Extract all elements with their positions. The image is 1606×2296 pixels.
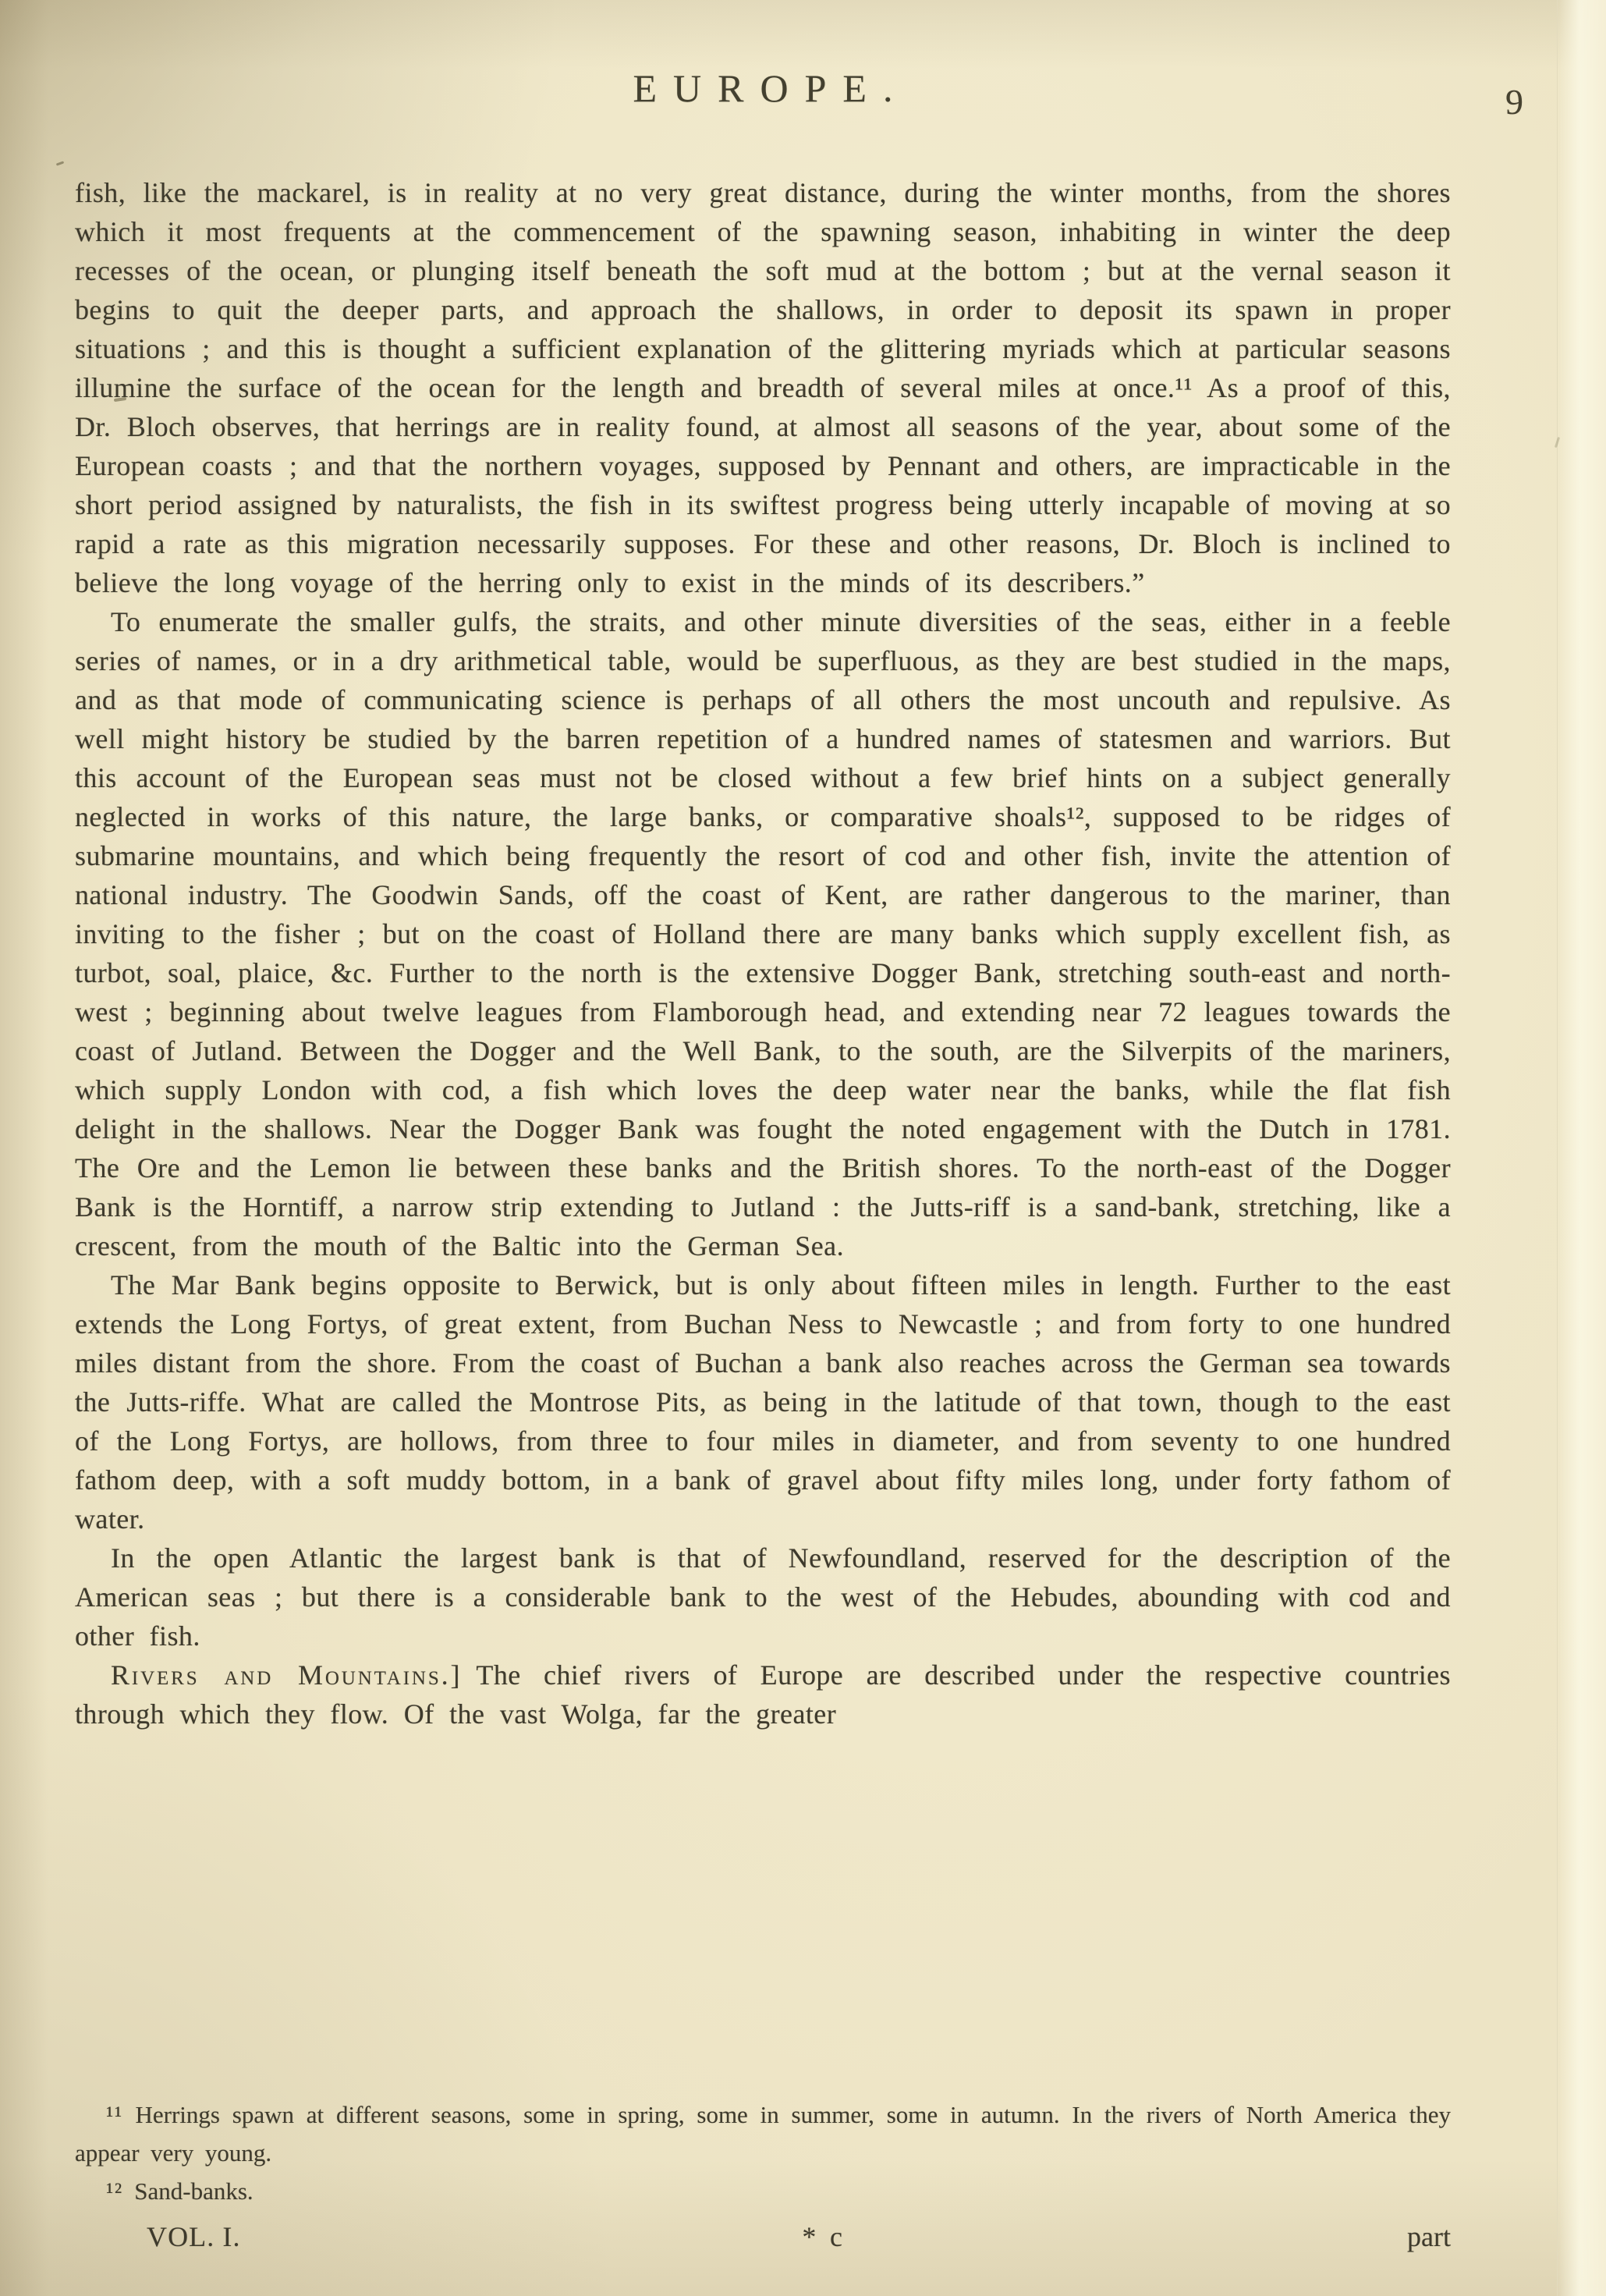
catchword: part (1407, 2220, 1451, 2253)
paragraph-text: In the open Atlantic the largest bank is… (75, 1542, 1451, 1652)
running-head-title: EUROPE. (75, 66, 1451, 111)
body-paragraph: fish, like the mackarel, is in reality a… (75, 173, 1451, 602)
body-paragraph: To enumerate the smaller gulfs, the stra… (75, 602, 1451, 1265)
book-page: EUROPE. 9 fish, like the mackarel, is in… (0, 0, 1606, 2296)
body-paragraph-rivers-and-mountains: Rivers and Mountains.]The chief rivers o… (75, 1655, 1451, 1734)
paper-speck (1555, 437, 1560, 448)
body-text-block: fish, like the mackarel, is in reality a… (75, 173, 1451, 1734)
footnote-text: Sand-banks. (134, 2177, 253, 2205)
paragraph-text: To enumerate the smaller gulfs, the stra… (75, 606, 1451, 1262)
footnote-marker: ¹² (106, 2177, 123, 2205)
footnotes-section: ¹¹ Herrings spawn at different seasons, … (75, 2095, 1451, 2210)
body-paragraph: The Mar Bank begins opposite to Berwick,… (75, 1265, 1451, 1538)
paper-speck (56, 161, 64, 165)
paragraph-text: The Mar Bank begins opposite to Berwick,… (75, 1269, 1451, 1535)
page-edge-strip (1557, 0, 1606, 2296)
signature-mark: * c (241, 2220, 1407, 2253)
page-footer: VOL. I. * c part (75, 2220, 1451, 2253)
footnote-marker: ¹¹ (106, 2101, 123, 2128)
paragraph-text: fish, like the mackarel, is in reality a… (75, 177, 1451, 598)
body-paragraph: In the open Atlantic the largest bank is… (75, 1538, 1451, 1655)
footnote: ¹¹ Herrings spawn at different seasons, … (75, 2095, 1451, 2172)
footnote-text: Herrings spawn at different seasons, som… (75, 2101, 1451, 2166)
volume-label: VOL. I. (147, 2220, 241, 2253)
page-number: 9 (1505, 81, 1523, 122)
footnote: ¹² Sand-banks. (75, 2172, 1451, 2210)
paragraph-smallcaps-lead: Rivers and Mountains.] (111, 1659, 462, 1691)
